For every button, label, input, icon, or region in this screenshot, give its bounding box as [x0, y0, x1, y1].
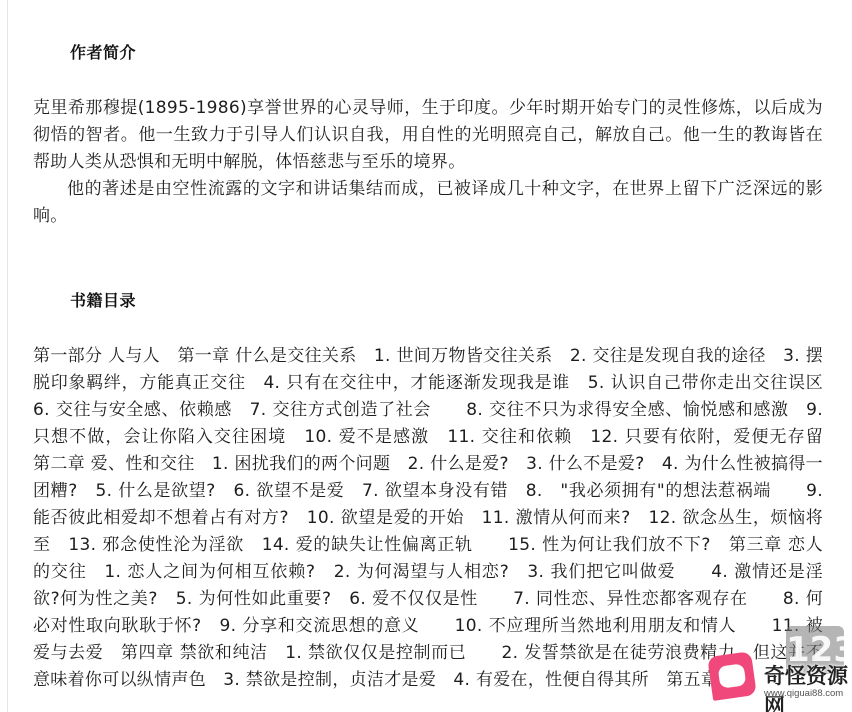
watermark-site-url: www.qiguai88.com	[764, 688, 843, 699]
author-intro-paragraph-2: 他的著述是由空性流露的文字和讲话集结而成，已被译成几十种文字，在世界上留下广泛深…	[33, 176, 823, 230]
author-intro-heading: 作者简介	[70, 40, 136, 63]
table-of-contents-heading: 书籍目录	[70, 288, 136, 311]
site-watermark: 123 奇怪资源网 www.qiguai88.com	[702, 624, 852, 712]
author-intro-paragraph-1: 克里希那穆提(1895-1986)享誉世界的心灵导师，生于印度。少年时期开始专门…	[33, 95, 823, 176]
watermark-site-name: 奇怪资源网	[764, 660, 852, 712]
cat-logo-icon	[707, 651, 757, 701]
left-border	[7, 0, 8, 712]
